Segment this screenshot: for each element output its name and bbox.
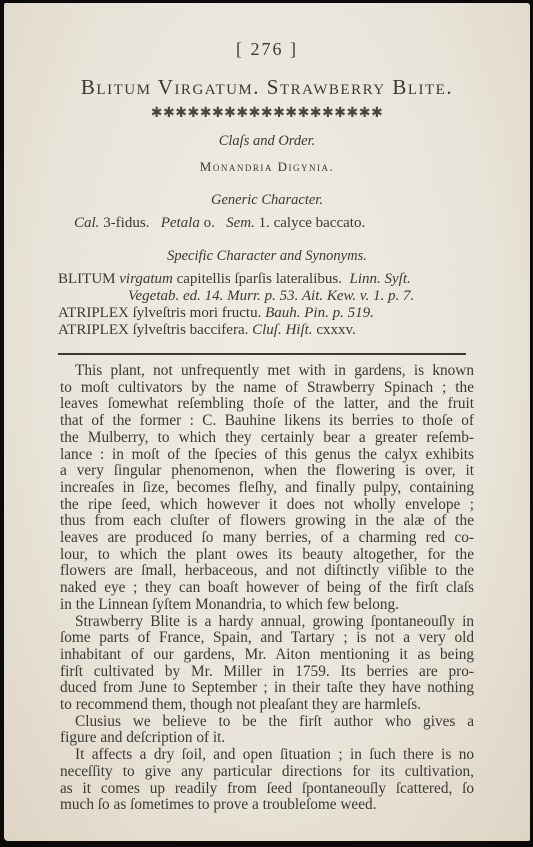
ornament-divider: ✱✱✱✱✱✱✱✱✱✱✱✱✱✱✱✱✱✱✱: [4, 105, 530, 122]
petala-label: Petala: [161, 215, 200, 231]
class-heading: Claſs and Order.: [4, 133, 530, 150]
synonym-ref: Cluſ. Hiſt.: [252, 322, 312, 338]
body-line: firſt cultivated by Mr. Miller in 1759. …: [60, 664, 474, 681]
synonym-genus: BLITUM: [58, 271, 119, 287]
specific-heading: Specific Character and Synonyms.: [4, 248, 530, 265]
synonym-ref: Linn. Syſt.: [349, 271, 410, 287]
body-line: thus from each cluſter of flowers growin…: [60, 513, 474, 530]
synonym-line: ATRIPLEX ſylveſtris mori fructu. Bauh. P…: [58, 305, 374, 322]
body-line: to recommend them, though not pleaſant t…: [60, 697, 474, 714]
synonym-genus: ATRIPLEX: [58, 305, 133, 321]
synonym-genus: ATRIPLEX: [58, 322, 133, 338]
body-line: a very ſingular phenomenon, when the flo…: [60, 463, 474, 480]
body-line: the Mulberry, to which they certainly be…: [60, 430, 474, 447]
body-line: flowers are ſmall, herbaceous, and not d…: [60, 563, 474, 580]
synonym-text: ſylveſtris mori fructu.: [133, 305, 265, 321]
body-line: naked eye ; they can boaſt however of be…: [60, 580, 474, 597]
synonym-text: capitellis ſparſis lateralibus.: [173, 271, 346, 287]
synonym-ref: Bauh. Pin. p. 519.: [265, 305, 374, 321]
body-line: increaſes in ſize, becomes fleſhy, and f…: [60, 480, 474, 497]
body-line: Clusius we believe to be the firſt autho…: [60, 714, 474, 731]
page-title: Blitum Virgatum. Strawberry Blite.: [4, 75, 530, 100]
section-rule: [58, 353, 466, 355]
body-line: the ripe ſeed, which however it does not…: [60, 497, 474, 514]
body-line: neceſſity to give any particular directi…: [60, 764, 474, 781]
sem-label: Sem.: [226, 215, 255, 231]
synonym-line: Vegetab. ed. 14. Murr. p. 53. Ait. Kew. …: [128, 288, 414, 305]
body-line: figure and deſcription of it.: [60, 730, 474, 747]
synonym-line: BLITUM virgatum capitellis ſparſis later…: [58, 271, 411, 288]
body-line: It affects a dry ſoil, and open ſituatio…: [60, 747, 474, 764]
body-line: ſome parts of France, Spain, and Tartary…: [60, 630, 474, 647]
synonym-line: ATRIPLEX ſylveſtris baccifera. Cluſ. Hiſ…: [58, 322, 356, 339]
synonym-tail: cxxxv.: [313, 322, 356, 338]
body-line: to moſt cultivators by the name of Straw…: [60, 380, 474, 397]
body-line: leaves are produced ſo many berries, of …: [60, 530, 474, 547]
synonym-species: virgatum: [119, 271, 173, 287]
body-line: that of the former : C. Bauhine likens i…: [60, 413, 474, 430]
body-line: much ſo as ſometimes to prove a troubleſ…: [60, 797, 474, 814]
page-number: [ 276 ]: [4, 39, 530, 60]
generic-character: Cal. 3-fidus. Petala o. Sem. 1. calyce b…: [74, 215, 365, 232]
sem-value: 1. calyce baccato.: [255, 215, 365, 231]
body-line: duced from June to September ; in their …: [60, 680, 474, 697]
body-line: Strawberry Blite is a hardy annual, grow…: [60, 614, 474, 631]
body-line: inhabitant of our gardens, Mr. Aiton men…: [60, 647, 474, 664]
book-page: [ 276 ] Blitum Virgatum. Strawberry Blit…: [4, 3, 530, 841]
generic-heading: Generic Character.: [4, 192, 530, 209]
petala-value: o.: [200, 215, 215, 231]
body-line: in the Linnean ſyſtem Monandria, to whic…: [60, 597, 474, 614]
synonym-text: ſylveſtris baccifera.: [133, 322, 253, 338]
cal-value: 3-fidus.: [99, 215, 149, 231]
body-line: lour, to which the plant owes its beauty…: [60, 547, 474, 564]
cal-label: Cal.: [74, 215, 99, 231]
class-value: Monandria Digynia.: [4, 159, 530, 175]
body-line: This plant, not unfrequently met with in…: [60, 363, 474, 380]
body-line: lance : in moſt of the ſpecies of this g…: [60, 447, 474, 464]
body-line: leaves ſomewhat reſembling thoſe of the …: [60, 396, 474, 413]
body-line: as it comes up readily from ſeed ſpontan…: [60, 781, 474, 798]
